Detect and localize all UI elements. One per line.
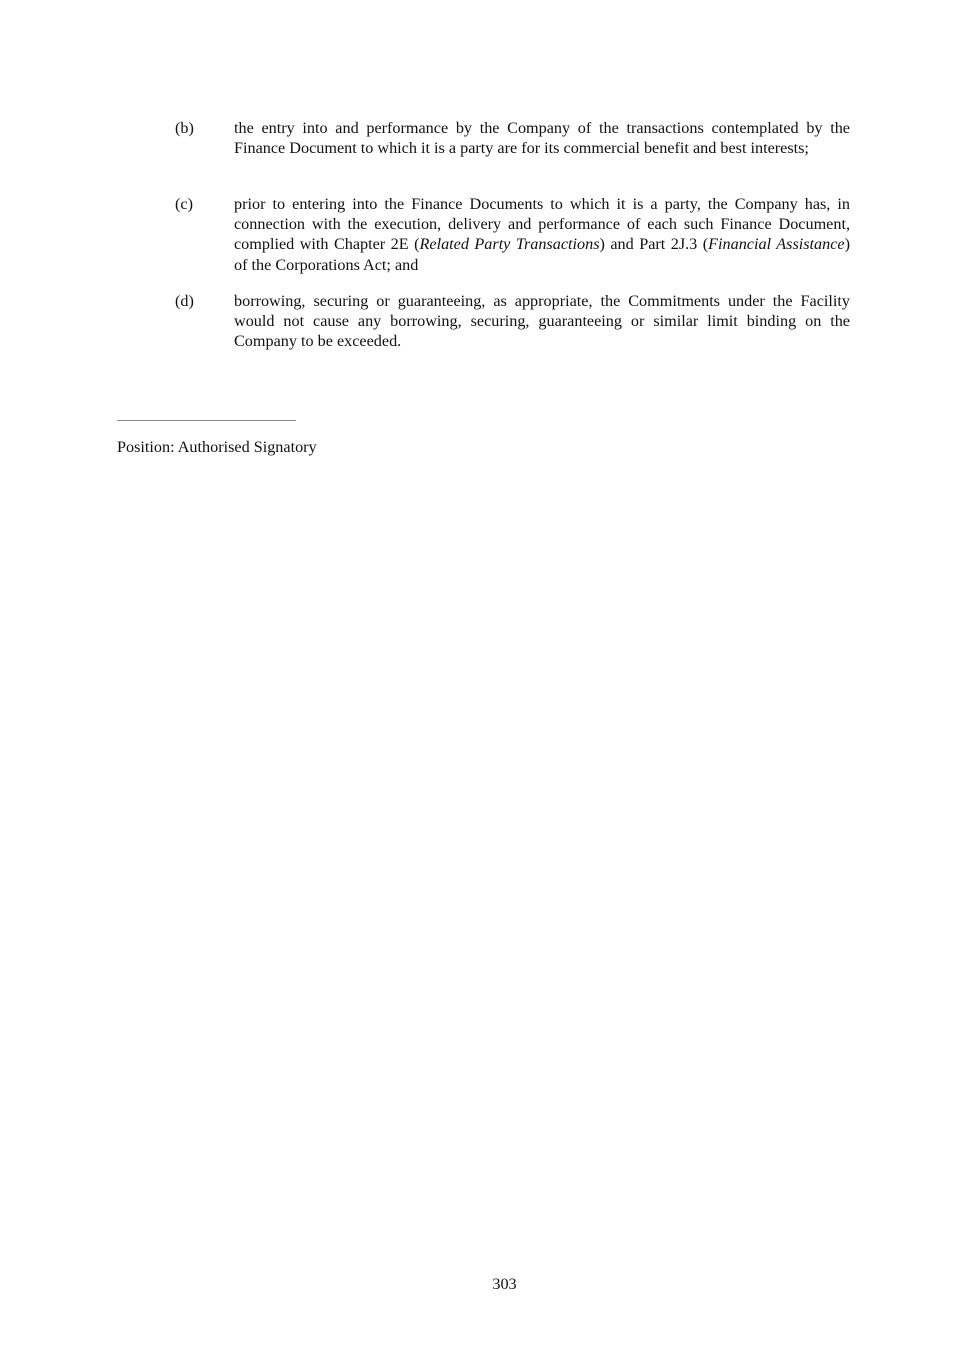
clause-text: borrowing, securing or guaranteeing, as …: [234, 291, 850, 352]
clause-text: the entry into and performance by the Co…: [234, 118, 850, 158]
page-number: 303: [0, 1274, 966, 1294]
clause-label: (b): [175, 118, 233, 138]
clause-label: (c): [175, 194, 233, 214]
text-segment: ) and Part 2J.3 (: [600, 235, 709, 253]
signature-line: [117, 420, 296, 421]
clause-b: (b) the entry into and performance by th…: [175, 118, 850, 158]
italic-reference: Financial Assistance: [708, 235, 844, 253]
clause-d: (d) borrowing, securing or guaranteeing,…: [175, 291, 850, 352]
clause-text: prior to entering into the Finance Docum…: [234, 194, 850, 275]
clause-label: (d): [175, 291, 233, 311]
text-segment: the entry into and performance by the Co…: [234, 119, 850, 157]
clause-c: (c) prior to entering into the Finance D…: [175, 194, 850, 275]
text-segment: borrowing, securing or guaranteeing, as …: [234, 292, 850, 350]
italic-reference: Related Party Transactions: [420, 235, 600, 253]
signatory-position: Position: Authorised Signatory: [117, 437, 317, 457]
